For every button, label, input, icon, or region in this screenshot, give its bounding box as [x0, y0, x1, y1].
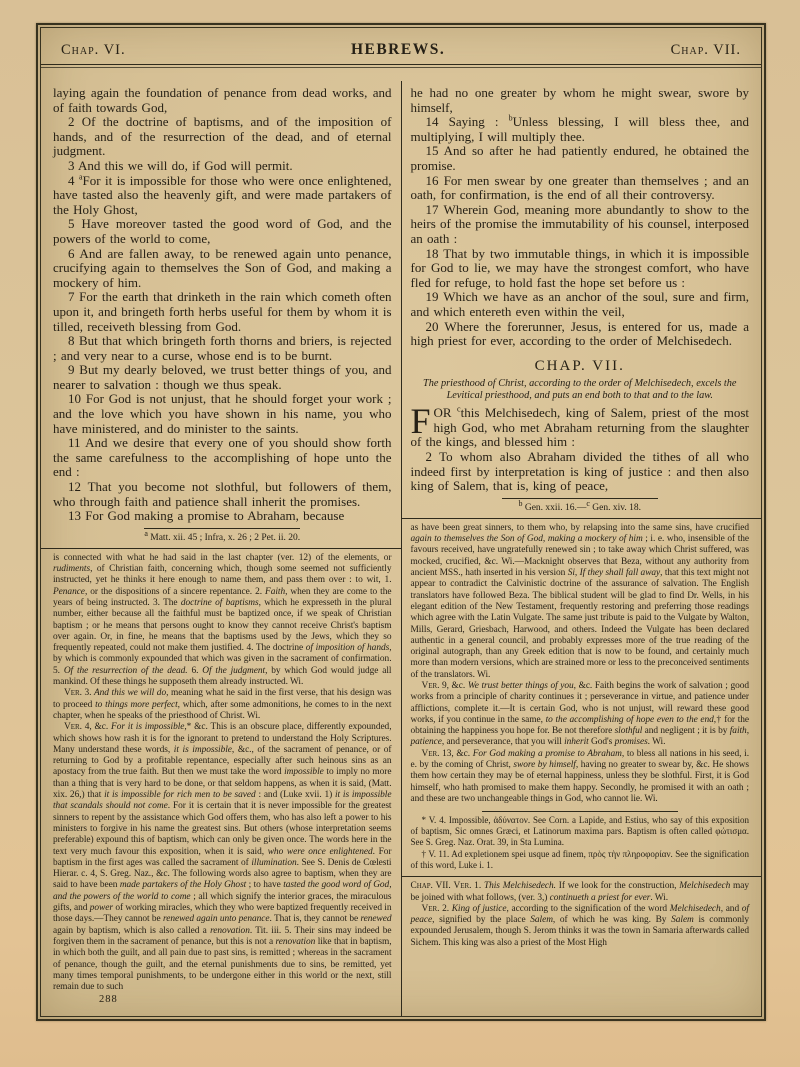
- verse-paragraph: 18 That by two immutable things, in whic…: [411, 247, 750, 291]
- verse-paragraph: 14 Saying : bUnless blessing, I will ble…: [411, 115, 750, 144]
- chapter-notes-rule: [402, 876, 762, 877]
- dropcap-letter: F: [411, 406, 434, 435]
- commentary-paragraph: Ver. 13, &c. For God making a promise to…: [411, 749, 750, 805]
- verse-paragraph: 15 And so after he had patiently endured…: [411, 144, 750, 173]
- verse-paragraph: 4 aFor it is impossible for those who we…: [53, 174, 392, 218]
- header-chapter-right: Chap. VII.: [671, 42, 741, 59]
- commentary-paragraph: Ver. 2. King of justice, according to th…: [411, 904, 750, 949]
- verse-paragraph: laying again the foundation of penance f…: [53, 86, 392, 115]
- page-number: 288: [99, 994, 392, 1005]
- verse-paragraph: 9 But my dearly beloved, we trust better…: [53, 363, 392, 392]
- verse-paragraph: 8 But that which bringeth forth thorns a…: [53, 334, 392, 363]
- header-rule: [41, 64, 761, 65]
- verse-paragraph: 7 For the earth that drinketh in the rai…: [53, 290, 392, 334]
- running-header: Chap. VI. HEBREWS. Chap. VII.: [41, 28, 761, 64]
- verse-paragraph: 16 For men swear by one greater than the…: [411, 174, 750, 203]
- footnote-separator-rule: [482, 811, 678, 812]
- critical-footnote: * V. 4. Impossible, ἀδύνατον. See Corn. …: [411, 815, 750, 848]
- scripture-footnote: b Gen. xxii. 16.—c Gen. xiv. 18.: [411, 503, 750, 513]
- verse-paragraph: 2 To whom also Abraham divided the tithe…: [411, 450, 750, 494]
- commentary-paragraph: is connected with what he had said in th…: [53, 553, 392, 689]
- commentary-paragraph: Ver. 3. And this we will do, meaning wha…: [53, 688, 392, 722]
- verse-paragraph: 12 That you become not slothful, but fol…: [53, 480, 392, 509]
- verse-paragraph: 19 Which we have as an anchor of the sou…: [411, 290, 750, 319]
- page-inner-frame: Chap. VI. HEBREWS. Chap. VII. laying aga…: [40, 27, 762, 1017]
- scripture-footnote-rule: [502, 498, 658, 499]
- verse-paragraph: 10 For God is not unjust, that he should…: [53, 392, 392, 436]
- verse-paragraph: 13 For God making a promise to Abraham, …: [53, 509, 392, 524]
- verse-paragraph: 5 Have moreover tasted the good word of …: [53, 217, 392, 246]
- chapter-heading: CHAP. VII.: [411, 358, 750, 375]
- chapter-argument: The priesthood of Christ, according to t…: [419, 378, 742, 403]
- verse-paragraph: 20 Where the forerunner, Jesus, is enter…: [411, 320, 750, 349]
- two-column-content: laying again the foundation of penance f…: [41, 81, 761, 1016]
- left-column: laying again the foundation of penance f…: [41, 81, 401, 1016]
- verse-paragraph: he had no one greater by whom he might s…: [411, 86, 750, 115]
- commentary-paragraph: Ver. 9, &c. We trust better things of yo…: [411, 681, 750, 749]
- verse-paragraph-dropcap: FOR cthis Melchisedech, king of Salem, p…: [411, 406, 750, 450]
- scripture-footnote-rule: [144, 528, 300, 529]
- commentary-paragraph: as have been great sinners, to them who,…: [411, 523, 750, 681]
- header-book-title: HEBREWS.: [351, 41, 445, 59]
- scripture-footnote: a Matt. xii. 45 ; Infra, x. 26 ; 2 Pet. …: [53, 533, 392, 543]
- verse-paragraph: 2 Of the doctrine of baptisms, and of th…: [53, 115, 392, 159]
- commentary-paragraph: Chap. VII. Ver. 1. This Melchisedech. If…: [411, 881, 750, 904]
- verse-paragraph: 17 Wherein God, meaning more abundantly …: [411, 203, 750, 247]
- verse-text: OR cthis Melchisedech, king of Salem, pr…: [411, 405, 750, 449]
- critical-footnote: † V. 11. Ad expletionem spei usque ad fi…: [411, 849, 750, 871]
- verse-paragraph: 6 And are fallen away, to be renewed aga…: [53, 247, 392, 291]
- scanned-book-page: { "header": { "left": "Chap. VI.", "cent…: [0, 0, 800, 1067]
- verse-paragraph: 3 And this we will do, if God will permi…: [53, 159, 392, 174]
- page-border-frame: Chap. VI. HEBREWS. Chap. VII. laying aga…: [36, 23, 766, 1021]
- commentary-divider-rule: [402, 518, 762, 519]
- commentary-paragraph: Ver. 4, &c. For it is impossible,* &c. T…: [53, 722, 392, 993]
- verse-paragraph: 11 And we desire that every one of you s…: [53, 436, 392, 480]
- header-chapter-left: Chap. VI.: [61, 42, 126, 59]
- header-rule-secondary: [41, 67, 761, 68]
- commentary-divider-rule: [41, 548, 401, 549]
- right-column: he had no one greater by whom he might s…: [402, 81, 762, 1016]
